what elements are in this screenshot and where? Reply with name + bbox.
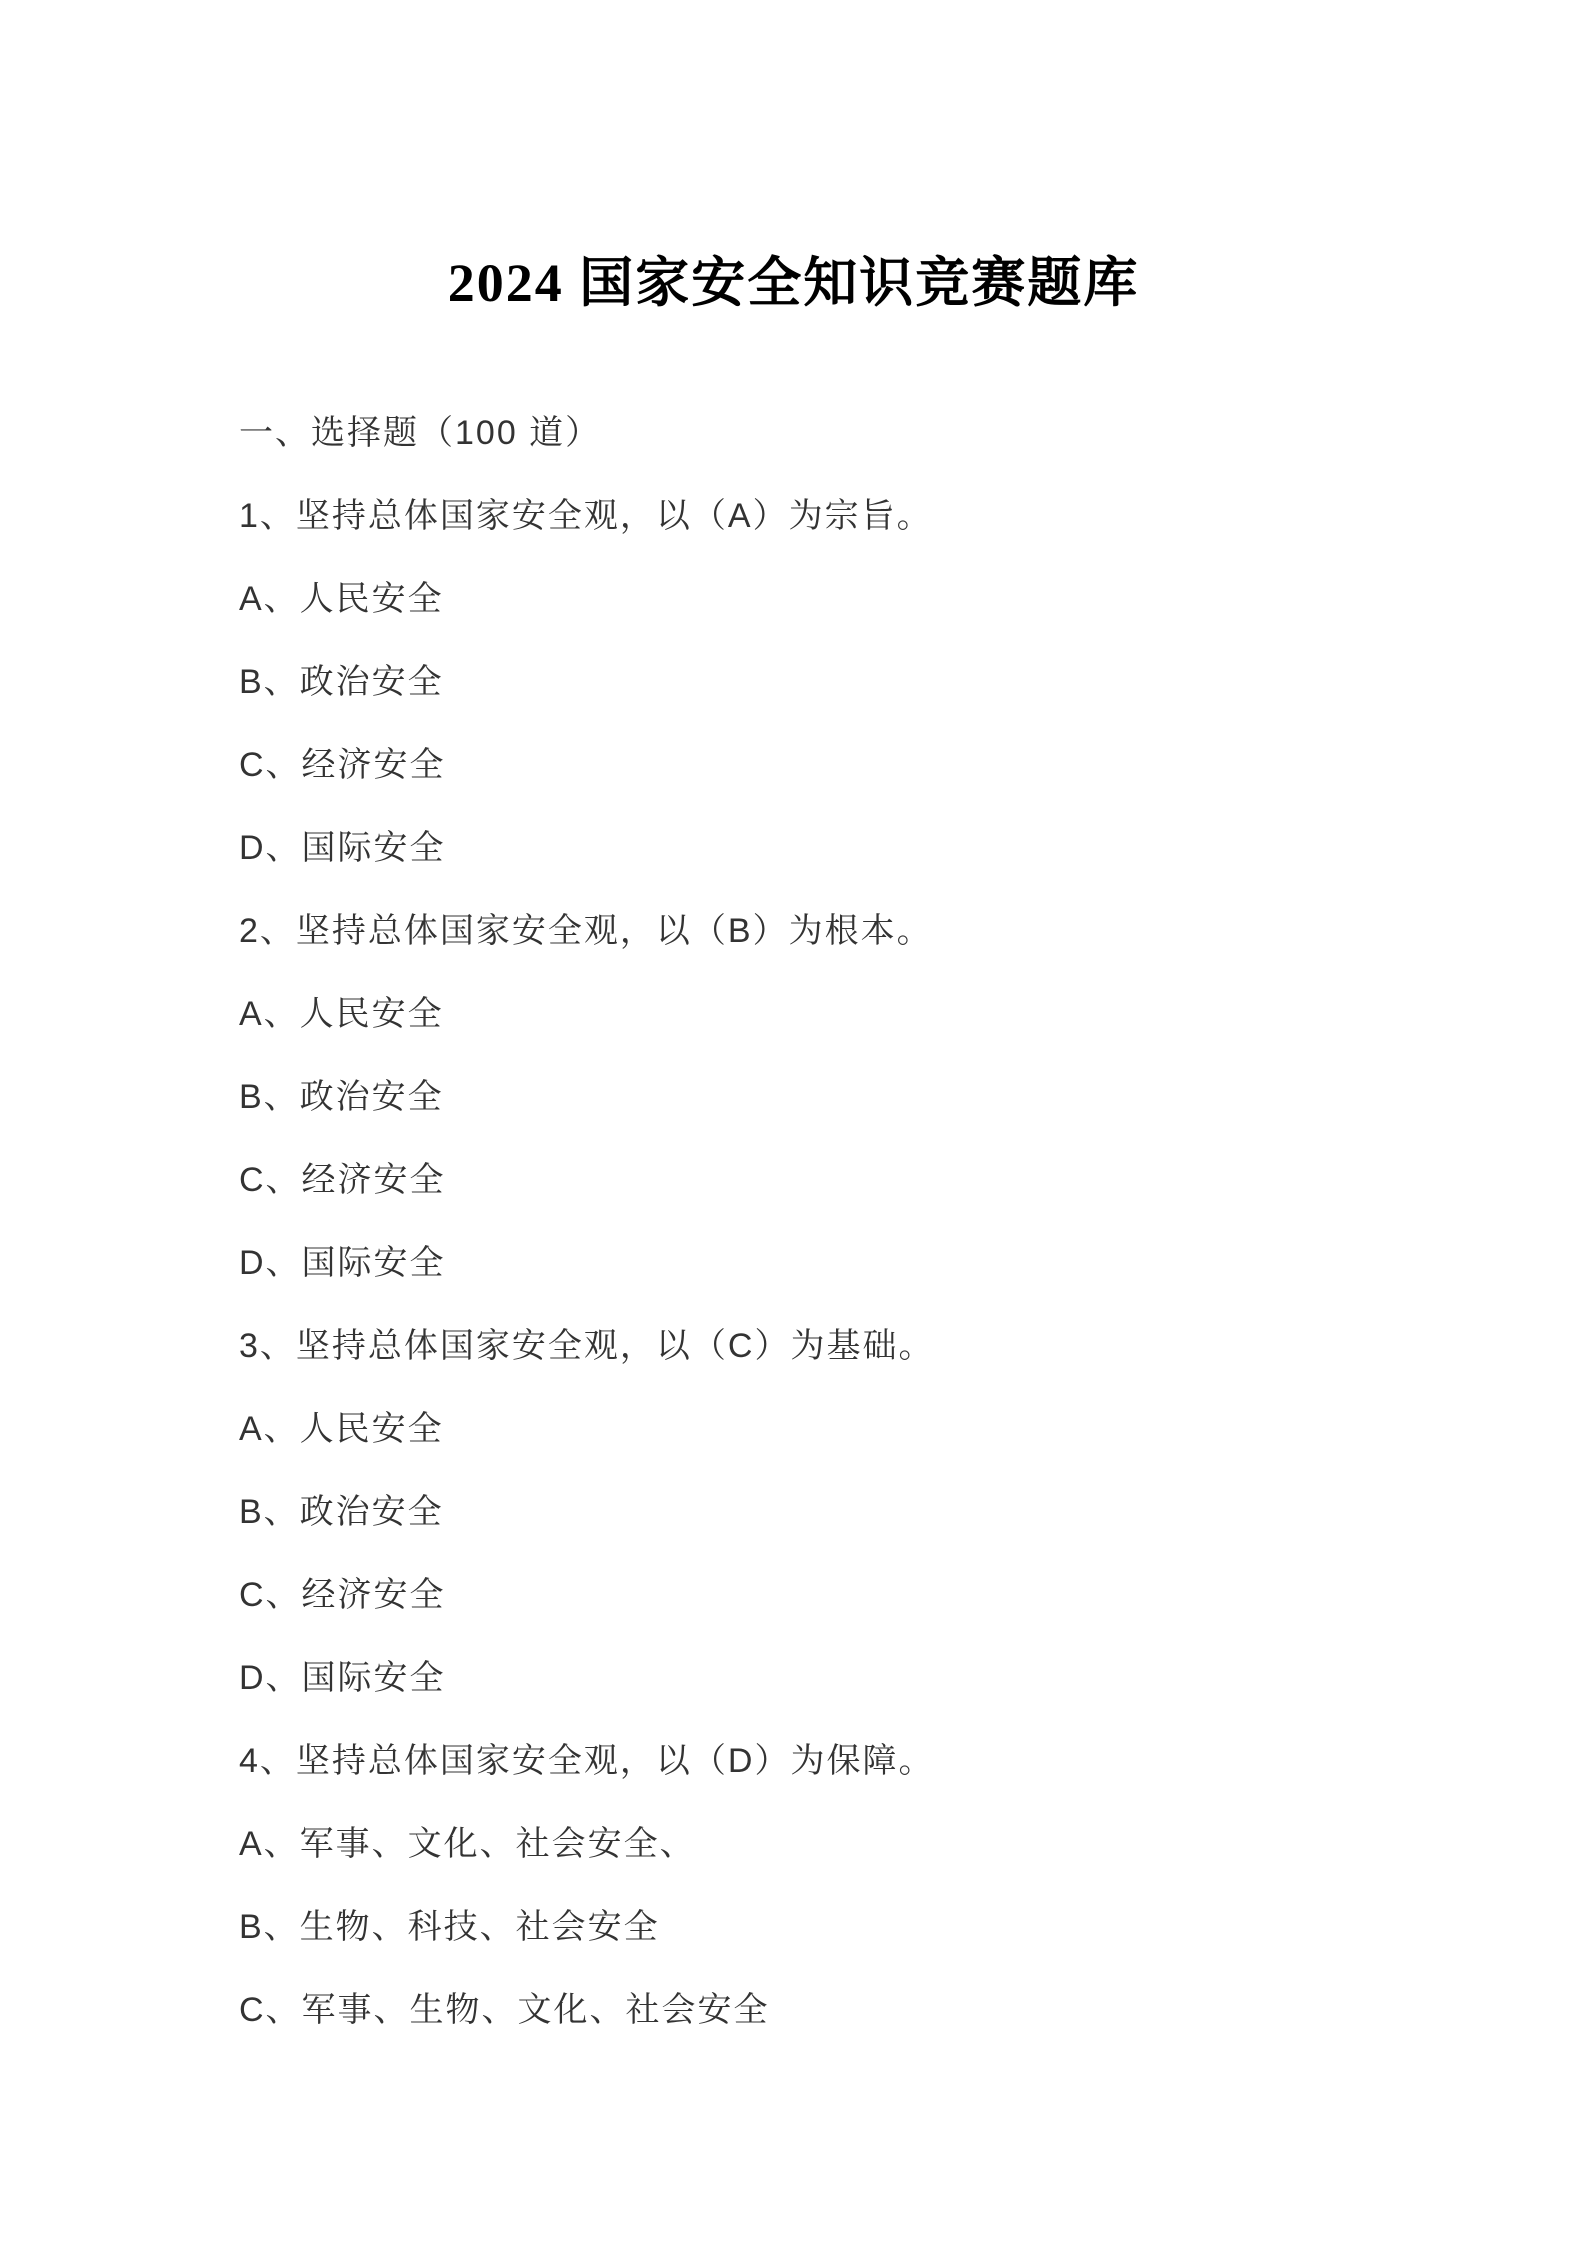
question-3-option-a: A、人民安全 [239,1404,1467,1454]
question-1-text: 1、坚持总体国家安全观，以（A）为宗旨。 [239,491,1467,541]
question-2-option-b: B、政治安全 [239,1072,1467,1122]
question-2-text: 2、坚持总体国家安全观，以（B）为根本。 [239,906,1467,956]
question-3-option-d: D、国际安全 [239,1653,1467,1703]
document-page: 2024 国家安全知识竞赛题库 一、选择题（100 道） 1、坚持总体国家安全观… [0,0,1587,2245]
question-2-option-c: C、经济安全 [239,1155,1467,1205]
question-4-option-c: C、军事、生物、文化、社会安全 [239,1985,1467,2035]
question-3-option-b: B、政治安全 [239,1487,1467,1537]
document-title: 2024 国家安全知识竞赛题库 [0,0,1587,316]
question-1-option-a: A、人民安全 [239,574,1467,624]
question-2-option-d: D、国际安全 [239,1238,1467,1288]
question-1-option-d: D、国际安全 [239,823,1467,873]
question-4-option-b: B、生物、科技、社会安全 [239,1902,1467,1952]
section-heading: 一、选择题（100 道） [239,408,1467,458]
question-4-option-a: A、军事、文化、社会安全、 [239,1819,1467,1869]
question-4-text: 4、坚持总体国家安全观，以（D）为保障。 [239,1736,1467,1786]
question-1-option-b: B、政治安全 [239,657,1467,707]
question-2-option-a: A、人民安全 [239,989,1467,1039]
question-3-option-c: C、经济安全 [239,1570,1467,1620]
document-body: 一、选择题（100 道） 1、坚持总体国家安全观，以（A）为宗旨。 A、人民安全… [0,408,1587,2035]
question-1-option-c: C、经济安全 [239,740,1467,790]
question-3-text: 3、坚持总体国家安全观，以（C）为基础。 [239,1321,1467,1371]
